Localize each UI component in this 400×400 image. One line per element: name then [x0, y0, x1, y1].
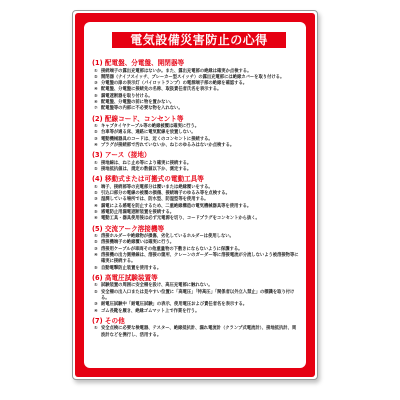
item-text: 耐電圧試験中「耐電圧試験」の表示、使用電圧および責任者名を表示する。	[101, 302, 247, 307]
item-text: 接続端子の露出充電部はないか。また、露出充電部の絶縁は確実か点検する。	[101, 69, 251, 74]
item-text: 漏電による感電を防止するため、二重絶縁構造の電気機械器具等を使用する。	[101, 204, 251, 209]
sign-section: (2) 配線コード、コンセント等①キャブタイヤケーブル等の絶縁被覆は確実に行う。…	[92, 115, 300, 150]
section-heading: (5) 交流アーク溶接機等	[92, 225, 300, 234]
item-text: 配電盤、分電盤の前に物を置かない。	[101, 100, 174, 105]
item-text: 漏電遮断器を取り付ける。	[101, 94, 153, 99]
section-heading: (2) 配線コード、コンセント等	[92, 115, 300, 124]
item-text: 安全点検に必要な検電器、テスター、絶縁抵抗計、漏れ電流計（クランプ式電流計）、接…	[101, 326, 296, 337]
list-item: ④ゴム長靴を履き、絶縁ゴムマット上で作業を行う。	[92, 309, 300, 315]
list-item: ④プラグが接続部で汚れていないか、ねじのゆるみはないか点検する。	[92, 143, 300, 149]
item-text: 分電盤の扉の表示灯（パイロットランプ）の電源端子部の絶縁を確認する。	[101, 81, 247, 86]
item-text: 溶接用ケーブルが車両その他重量物の下敷きにならないように保護する。	[101, 247, 242, 252]
sign-section: (1) 配電盤、分電盤、開閉器等①接続端子の露出充電部はないか。また、露出充電部…	[92, 59, 300, 113]
sign-section: (4) 移動式または可搬式の電動工具等①端子、接続部等の充電部分は覆いまたは絶縁…	[92, 175, 300, 222]
item-text: プラグが接続部で汚れていないか、ねじのゆるみはないか点検する。	[101, 143, 234, 148]
sign-red-border: 電気設備災害防止の心得 (1) 配電盤、分電盤、開閉器等①接続端子の露出充電部は…	[75, 13, 315, 377]
item-number: ②	[94, 290, 101, 296]
item-text: キャブタイヤケーブル等の絶縁被覆は確実に行う。	[101, 124, 199, 129]
item-text: 試験装置の周囲に安全柵を設け、高圧充電部に触れない。	[101, 283, 213, 288]
sign-title: 電気設備災害防止の心得	[112, 32, 286, 48]
item-text: 引込口部分の電線の被覆の損傷、接続端子のゆるみ等を点検する。	[101, 191, 230, 196]
item-text: 安全柵の出入口または見やすい位置に「高電圧」「特高圧」「関係者以外立入禁止」の標…	[101, 290, 294, 301]
section-heading: (7) その他	[92, 317, 300, 326]
section-heading: (4) 移動式または可搬式の電動工具等	[92, 175, 300, 184]
item-text: 湿潤している場所では、防水型、防湿型等を使用する。	[101, 197, 208, 202]
item-text: 電動機械器具のコードは、近くのコンセントに接続する。	[101, 137, 213, 142]
item-text: 溶接機の出力側帰線は、溶接の箇所、クレーンのガーダー等に溶接電流が分流しないよう…	[101, 253, 299, 264]
item-text: 感電防止用漏電遮断装置を接続する。	[101, 210, 174, 215]
list-item: ④溶接機の出力側帰線は、溶接の箇所、クレーンのガーダー等に溶接電流が分流しないよ…	[92, 253, 300, 266]
sign-section: (5) 交流アーク溶接機等①溶接ホルダーや絶縁物が損傷、劣化しているホルダーは使…	[92, 225, 300, 272]
sign-content: (1) 配電盤、分電盤、開閉器等①接続端子の露出充電部はないか。また、露出充電部…	[92, 58, 300, 341]
safety-sign: 電気設備災害防止の心得 (1) 配電盤、分電盤、開閉器等①接続端子の露出充電部は…	[72, 10, 318, 380]
item-text: 溶接ホルダーや絶縁物が損傷、劣化しているホルダーは使用しない。	[101, 234, 234, 239]
list-item: ⑦配電盤等の内部に不必要な物を入れない。	[92, 106, 300, 112]
item-text: 接地抵抗値は、規定の数値以下か、測定する。	[101, 167, 191, 172]
list-item: ⑤自動電撃防止装置を使用する。	[92, 266, 300, 272]
item-number: ④	[94, 143, 101, 149]
item-number: ⑥	[94, 216, 101, 222]
item-text: 接地線は、ねじ止め等により確実に接続する。	[101, 161, 191, 166]
list-item: ②接地抵抗値は、規定の数値以下か、測定する。	[92, 167, 300, 173]
sign-section: (6) 高電圧試験装置等①試験装置の周囲に安全柵を設け、高圧充電部に触れない。②…	[92, 274, 300, 315]
item-number: ④	[94, 309, 101, 315]
item-text: 開閉器（ナイフスイッチ、ブレーカー型スイッチ）の露出充電部には絶縁カバーを取り付…	[101, 75, 284, 80]
item-text: 端子、接続部等の充電部分は覆いまたは絶縁覆いをする。	[101, 185, 213, 190]
item-text: 自動電撃防止装置を使用する。	[101, 266, 161, 271]
sign-section: (3) アース（接地）①接地線は、ねじ止め等により確実に接続する。②接地抵抗値は…	[92, 151, 300, 173]
item-number: ⑤	[94, 266, 101, 272]
item-number: ①	[94, 326, 101, 332]
sign-section: (7) その他①安全点検に必要な検電器、テスター、絶縁抵抗計、漏れ電流計（クラン…	[92, 317, 300, 339]
item-number: ⑦	[94, 106, 101, 112]
item-text: 台車等が通る床、通路に電気配線を放置しない。	[101, 130, 196, 135]
item-text: ゴム長靴を履き、絶縁ゴムマット上で作業を行う。	[101, 309, 199, 314]
section-heading: (6) 高電圧試験装置等	[92, 274, 300, 283]
section-heading: (1) 配電盤、分電盤、開閉器等	[92, 59, 300, 68]
item-text: 配電盤等の内部に不必要な物を入れない。	[101, 106, 183, 111]
item-number: ④	[94, 253, 101, 259]
list-item: ②安全柵の出入口または見やすい位置に「高電圧」「特高圧」「関係者以外立入禁止」の…	[92, 290, 300, 303]
item-number: ②	[94, 167, 101, 173]
item-text: 電動工具・器具使用後は必ず元電源を切り、コードプラグをコンセントから抜く。	[101, 216, 260, 221]
list-item: ⑥電動工具・器具使用後は必ず元電源を切り、コードプラグをコンセントから抜く。	[92, 216, 300, 222]
list-item: ①安全点検に必要な検電器、テスター、絶縁抵抗計、漏れ電流計（クランプ式電流計）、…	[92, 326, 300, 339]
section-heading: (3) アース（接地）	[92, 151, 300, 160]
item-text: 配電盤、分電盤に接続先の名称、取扱責任者氏名を表示する。	[101, 87, 221, 92]
item-text: 溶接機端子の絶縁覆いは確実に行う。	[101, 240, 174, 245]
sign-panel: 電気設備災害防止の心得 (1) 配電盤、分電盤、開閉器等①接続端子の露出充電部は…	[84, 22, 306, 368]
